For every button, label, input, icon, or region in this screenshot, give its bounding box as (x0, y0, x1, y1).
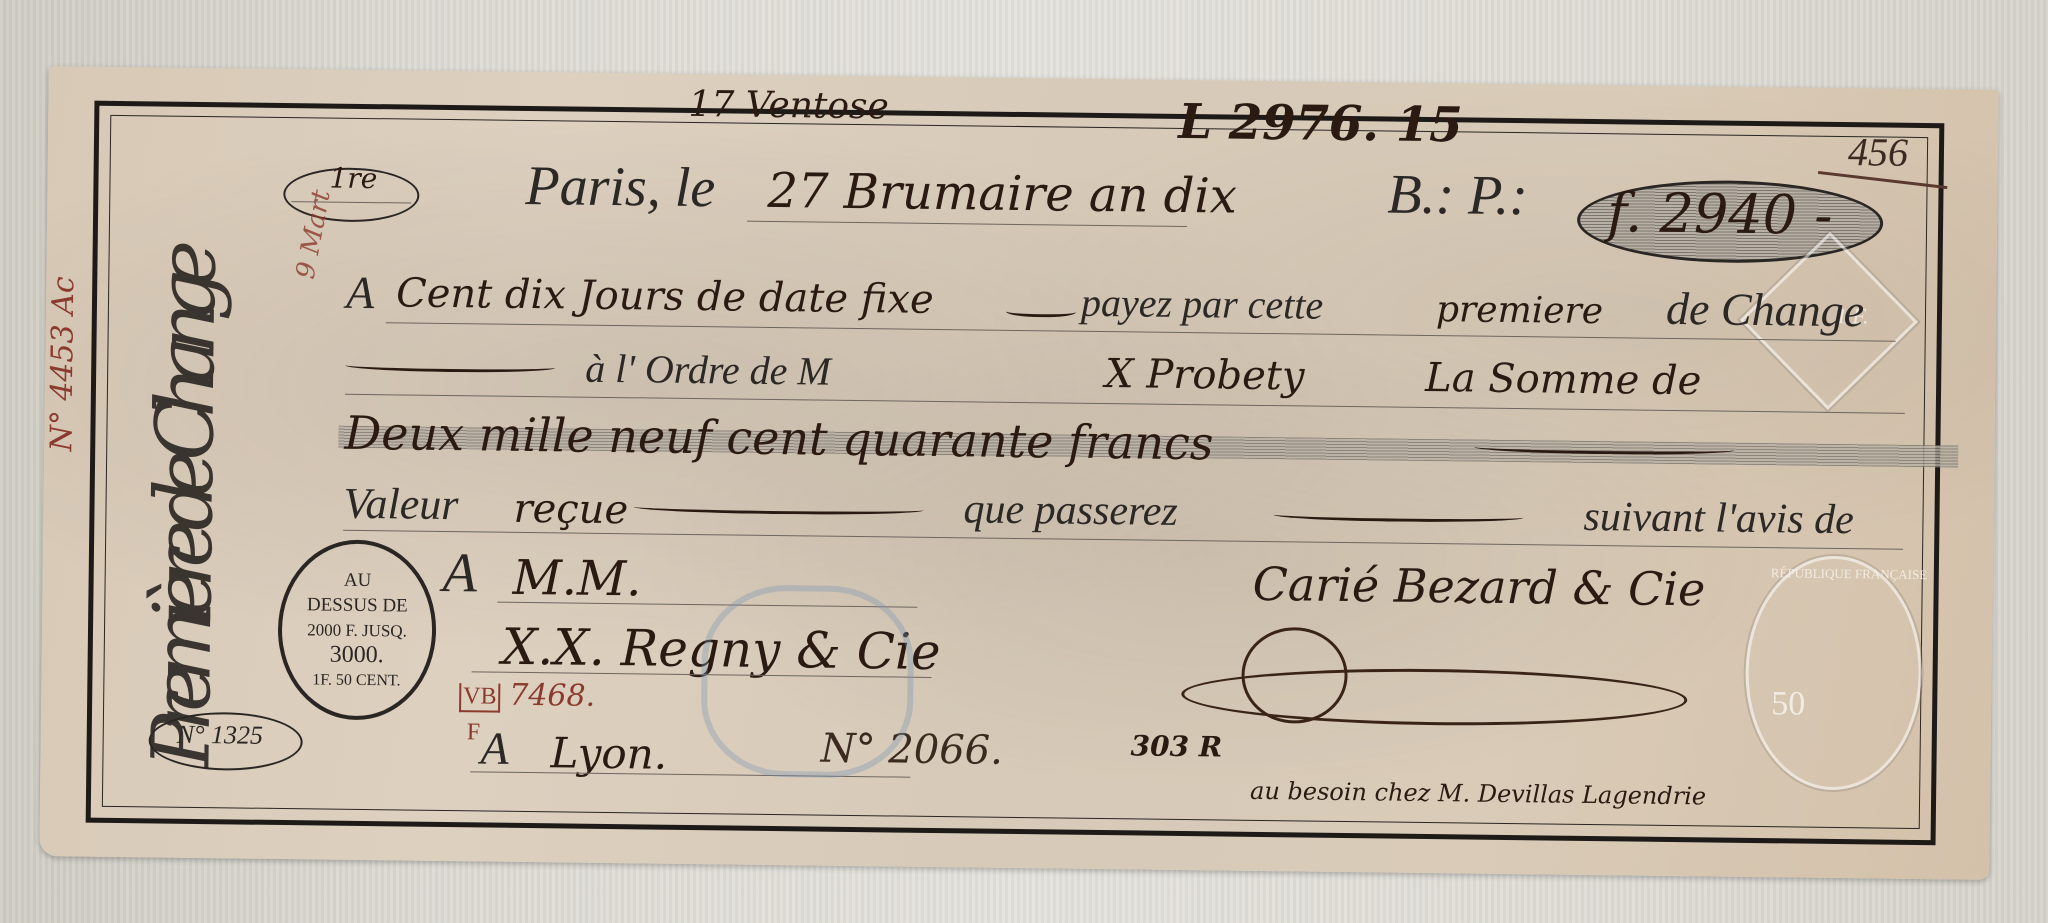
margin-serial-number: N° 4453 Ac (44, 276, 81, 452)
date-handwritten: 27 Brumaire an dix (767, 163, 1237, 225)
line4-suivant: suivant l'avis de (1583, 493, 1854, 544)
tax-stamp-line2: DESSUS DE (307, 592, 408, 618)
bill-of-exchange: N° 4453 Ac Première de Change 1re 9 Mart… (39, 66, 1999, 880)
city-name: Lyon. (550, 728, 667, 778)
city-prefix: A (480, 721, 509, 774)
tax-stamp-line1: AU (344, 567, 372, 592)
bottom-note: au besoin chez M. Devillas Lagendrie (1250, 777, 1706, 811)
decorative-vertical-title: Première de Change (126, 127, 244, 768)
amount-in-words: Deux mille neuf cent quarante francs (344, 406, 1214, 471)
place-printed: Paris, le (525, 154, 716, 220)
reference-number: 456 (1848, 128, 1909, 176)
line4-valeur: Valeur (343, 478, 459, 530)
embossed-seal-legend: RÉPUBLIQUE FRANÇAISE (1771, 565, 1928, 583)
bp-label: B.: P.: (1387, 162, 1528, 228)
amount-box-value: f. 2940 - (1607, 181, 1833, 247)
addressee-salutation: M.M. (512, 550, 641, 608)
tax-stamp-line5: 1F. 50 CENT. (312, 667, 401, 693)
number-oval-value: N° 1325 (177, 720, 264, 751)
line1-printed: payez par cette (1081, 279, 1324, 329)
line1-printed2: de Change (1666, 282, 1865, 337)
red-stamp-number: 7468. (509, 678, 595, 714)
embossed-seal-value: 50 (1771, 685, 1805, 723)
tax-stamp-line3: 2000 F. JUSQ. (307, 617, 407, 643)
line2-printed: à l' Ordre de M (585, 345, 831, 395)
red-stamp-top: VB (459, 683, 501, 713)
blue-monogram-stamp (700, 584, 914, 779)
line4-que-passerez: que passerez (963, 485, 1178, 536)
note-303: 303 R (1130, 729, 1222, 763)
line1-copy-word: premiere (1436, 289, 1604, 332)
payee-name: X Probety (1105, 351, 1305, 399)
signature: Carié Bezard & Cie (1252, 557, 1705, 617)
due-note-top: 17 Ventose (688, 84, 889, 127)
line1-prefix: A (346, 266, 375, 319)
red-stamp-bottom: F (467, 719, 481, 746)
addressee-prefix: A (442, 541, 477, 605)
line1-term: Cent dix Jours de date fixe (396, 270, 934, 323)
amount-top-handwritten: L 2976. 15 (1178, 94, 1463, 153)
tax-stamp-line4: 3000. (330, 642, 384, 668)
line2-tail: La Somme de (1425, 355, 1702, 404)
line4-received: reçue (513, 486, 628, 533)
copy-label: 1re (329, 162, 377, 196)
